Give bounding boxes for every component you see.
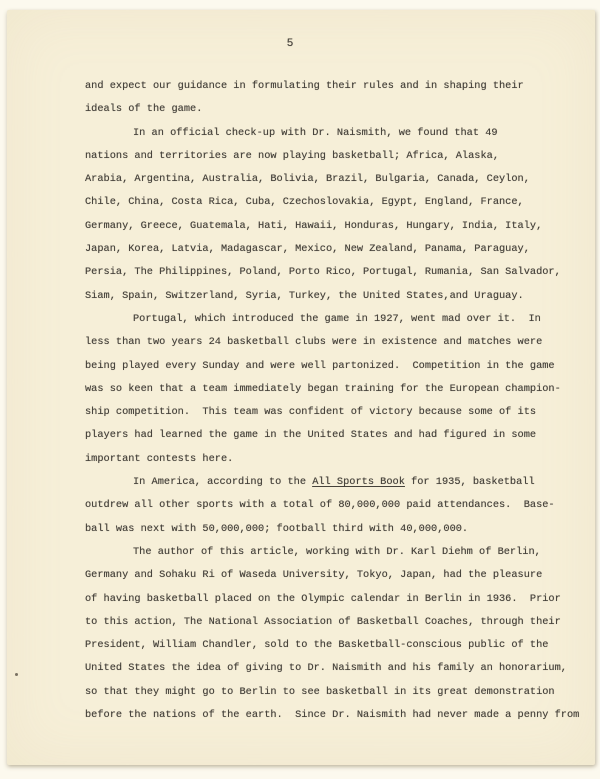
text-segment: Arabia, Argentina, Australia, Bolivia, B…: [85, 173, 530, 185]
text-line: ship competition. This team was confiden…: [85, 401, 579, 424]
text-segment: was so keen that a team immediately bega…: [85, 383, 561, 395]
text-segment: The author of this article, working with…: [133, 546, 541, 558]
text-segment: being played every Sunday and were well …: [85, 360, 555, 372]
text-line: nations and territories are now playing …: [85, 145, 579, 168]
text-line: In an official check-up with Dr. Naismit…: [85, 122, 579, 145]
text-line: ideals of the game.: [85, 98, 579, 121]
text-segment: Siam, Spain, Switzerland, Syria, Turkey,…: [85, 290, 524, 302]
text-segment: ball was next with 50,000,000; football …: [85, 523, 468, 535]
text-segment: Germany and Sohaku Ri of Waseda Universi…: [85, 569, 542, 581]
text-segment: ideals of the game.: [85, 103, 202, 115]
text-line: Chile, China, Costa Rica, Cuba, Czechosl…: [85, 191, 579, 214]
text-segment: nations and territories are now playing …: [85, 150, 499, 162]
text-line: to this action, The National Association…: [85, 611, 579, 634]
typewritten-text: and expect our guidance in formulating t…: [85, 75, 579, 727]
scanned-document: 5 and expect our guidance in formulating…: [0, 0, 600, 779]
text-line: being played every Sunday and were well …: [85, 355, 579, 378]
text-segment: to this action, The National Association…: [85, 616, 561, 628]
text-segment: for 1935, basketball: [405, 476, 535, 488]
text-segment: important contests here.: [85, 453, 233, 465]
text-line: In America, according to the All Sports …: [85, 471, 579, 494]
text-segment: of having basketball placed on the Olymp…: [85, 593, 561, 605]
text-segment: Persia, The Philippines, Poland, Porto R…: [85, 266, 561, 278]
text-line: of having basketball placed on the Olymp…: [85, 588, 579, 611]
text-line: important contests here.: [85, 448, 579, 471]
text-segment: President, William Chandler, sold to the…: [85, 639, 548, 651]
text-line: Portugal, which introduced the game in 1…: [85, 308, 579, 331]
text-line: so that they might go to Berlin to see b…: [85, 681, 579, 704]
page-number: 5: [0, 38, 584, 50]
text-segment: United States the idea of giving to Dr. …: [85, 662, 567, 674]
text-segment: Japan, Korea, Latvia, Madagascar, Mexico…: [85, 243, 530, 255]
text-segment: Chile, China, Costa Rica, Cuba, Czechosl…: [85, 196, 524, 208]
text-segment: outdrew all other sports with a total of…: [85, 499, 555, 511]
text-segment: In an official check-up with Dr. Naismit…: [133, 127, 498, 139]
underlined-text: All Sports Book: [312, 476, 405, 488]
text-line: President, William Chandler, sold to the…: [85, 634, 579, 657]
text-segment: before the nations of the earth. Since D…: [85, 709, 579, 721]
text-line: The author of this article, working with…: [85, 541, 579, 564]
text-line: before the nations of the earth. Since D…: [85, 704, 579, 727]
text-line: and expect our guidance in formulating t…: [85, 75, 579, 98]
text-line: United States the idea of giving to Dr. …: [85, 657, 579, 680]
manuscript-page: 5 and expect our guidance in formulating…: [7, 10, 595, 765]
text-line: players had learned the game in the Unit…: [85, 424, 579, 447]
text-line: Persia, The Philippines, Poland, Porto R…: [85, 261, 579, 284]
text-line: less than two years 24 basketball clubs …: [85, 331, 579, 354]
text-line: Germany, Greece, Guatemala, Hati, Hawaii…: [85, 215, 579, 238]
text-segment: so that they might go to Berlin to see b…: [85, 686, 555, 698]
text-line: Siam, Spain, Switzerland, Syria, Turkey,…: [85, 285, 579, 308]
text-segment: less than two years 24 basketball clubs …: [85, 336, 542, 348]
text-line: outdrew all other sports with a total of…: [85, 494, 579, 517]
text-line: Germany and Sohaku Ri of Waseda Universi…: [85, 564, 579, 587]
text-line: was so keen that a team immediately bega…: [85, 378, 579, 401]
text-segment: players had learned the game in the Unit…: [85, 429, 536, 441]
text-segment: Portugal, which introduced the game in 1…: [133, 313, 541, 325]
text-line: Japan, Korea, Latvia, Madagascar, Mexico…: [85, 238, 579, 261]
text-line: Arabia, Argentina, Australia, Bolivia, B…: [85, 168, 579, 191]
text-segment: ship competition. This team was confiden…: [85, 406, 536, 418]
text-segment: In America, according to the: [133, 476, 312, 488]
text-segment: and expect our guidance in formulating t…: [85, 80, 524, 92]
text-line: ball was next with 50,000,000; football …: [85, 518, 579, 541]
text-segment: Germany, Greece, Guatemala, Hati, Hawaii…: [85, 220, 542, 232]
paper-speck: [15, 673, 18, 676]
